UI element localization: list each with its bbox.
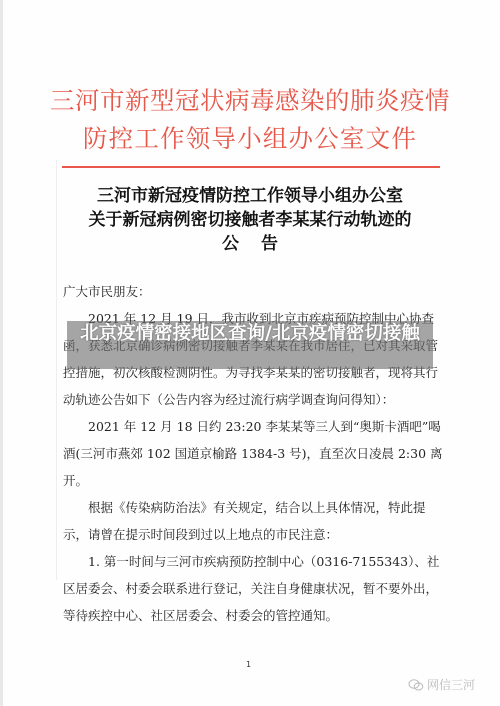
watermark: 网信三河	[408, 676, 475, 693]
page-number: 1	[246, 660, 251, 669]
overlay-title: 北京疫情密接地区查询/北京疫情密切接触	[67, 322, 433, 346]
red-divider	[62, 166, 440, 168]
letterhead-line-2: 防控工作领导小组办公室文件	[0, 120, 500, 158]
paragraph-2: 2021 年 12 月 18 日约 23:20 李某某等三人到“奥斯卡酒吧”喝酒…	[63, 413, 443, 494]
notice-title-line-3: 公告	[0, 232, 500, 256]
notice-title-line-1: 三河市新冠疫情防控工作领导小组办公室	[0, 184, 500, 208]
watermark-text: 网信三河	[427, 676, 475, 693]
wechat-icon	[408, 678, 424, 692]
paragraph-3: 根据《传染病防治法》有关规定，结合以上具体情况，特此提示，请曾在提示时间段到过以…	[63, 494, 443, 548]
red-letterhead: 三河市新型冠状病毒感染的肺炎疫情 防控工作领导小组办公室文件	[0, 82, 500, 158]
notice-title-line-2: 关于新冠病例密切接触者李某某行动轨迹的	[0, 208, 500, 232]
salutation: 广大市民朋友：	[63, 278, 443, 305]
notice-title: 三河市新冠疫情防控工作领导小组办公室 关于新冠病例密切接触者李某某行动轨迹的 公…	[0, 184, 500, 256]
paragraph-4: 1. 第一时间与三河市疾病预防控制中心（0316-7155343）、社区居委会、…	[63, 548, 443, 629]
letterhead-line-1: 三河市新型冠状病毒感染的肺炎疫情	[0, 82, 500, 120]
